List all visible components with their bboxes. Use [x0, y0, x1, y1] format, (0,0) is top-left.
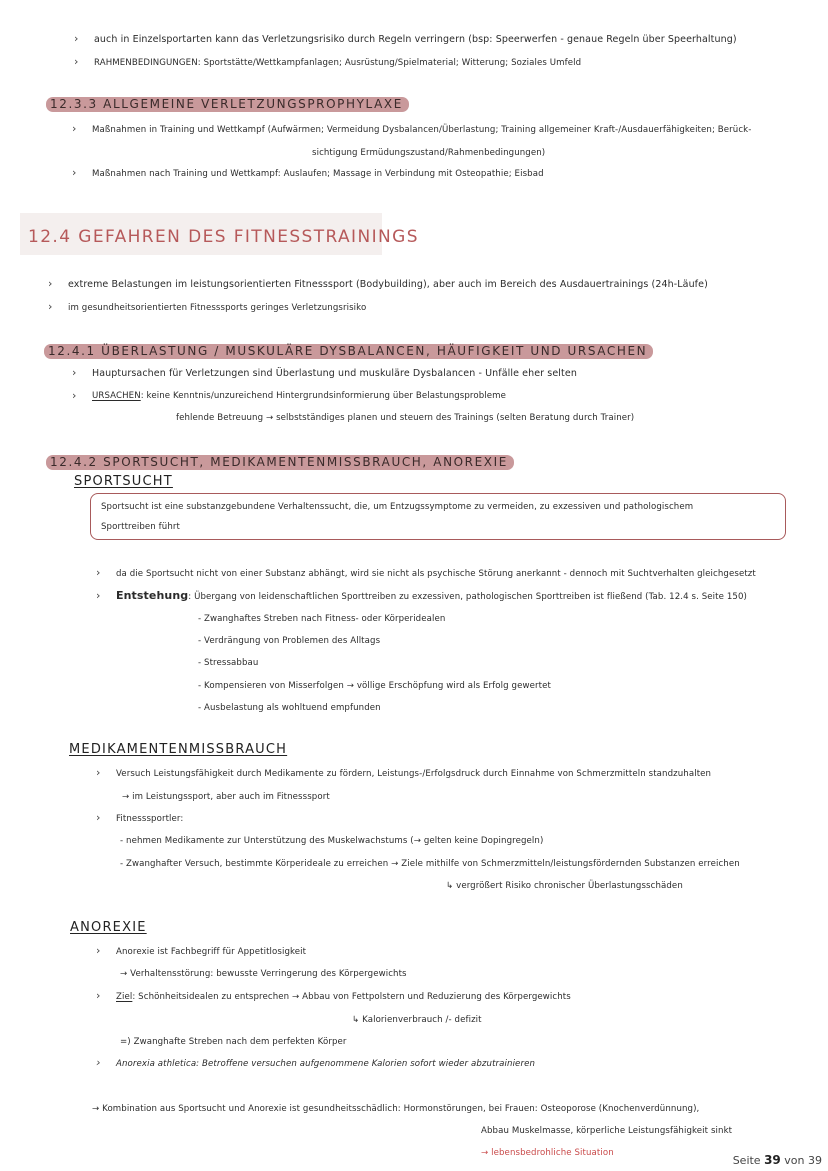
bullet-item: da die Sportsucht nicht von einer Substa… — [116, 567, 756, 581]
section-heading-12-4-2: 12.4.2 Sportsucht, Medikamentenmissbrauc… — [46, 455, 514, 470]
chapter-heading-12-4: 12.4 Gefahren des Fitnesstrainings — [28, 227, 419, 247]
current-page: 39 — [764, 1153, 781, 1167]
bullet-item: Hauptursachen für Verletzungen sind Über… — [92, 367, 577, 381]
notes-page: auch in Einzelsportarten kann das Verlet… — [0, 0, 828, 1171]
bullet-continuation: ↳ Kalorienverbrauch /- defizit — [352, 1013, 482, 1027]
cause-item: - Ausbelastung als wohltuend empfunden — [198, 701, 381, 715]
definition-text: Sportsucht ist eine substanzgebundene Ve… — [101, 500, 693, 514]
ursachen-text: : keine Kenntnis/unzureichend Hintergrun… — [141, 391, 506, 401]
bullet-subitem: - Zwanghafter Versuch, bestimmte Körperi… — [120, 857, 740, 871]
bullet-item: Versuch Leistungsfähigkeit durch Medikam… — [116, 767, 711, 781]
bullet-item: extreme Belastungen im leistungsorientie… — [68, 278, 708, 292]
subheading-anorexie: Anorexie — [70, 920, 147, 935]
section-heading-12-4-1: 12.4.1 Überlastung / muskuläre Dysbalanc… — [44, 344, 653, 359]
ziel-label: Ziel — [116, 992, 132, 1002]
bullet-item-ursachen: URSACHEN: keine Kenntnis/unzureichend Hi… — [92, 389, 506, 403]
bullet-item: Maßnahmen nach Training und Wettkampf: A… — [92, 167, 544, 181]
bullet-item: auch in Einzelsportarten kann das Verlet… — [94, 33, 737, 47]
bullet-continuation: ↳ vergrößert Risiko chronischer Überlast… — [446, 879, 683, 893]
bullet-subitem: → Verhaltensstörung: bewusste Verringeru… — [120, 967, 407, 981]
cause-item: - Stressabbau — [198, 656, 258, 670]
bullet-continuation: fehlende Betreuung → selbstständiges pla… — [176, 411, 634, 425]
entstehung-text: : Übergang von leidenschaftlichen Sportt… — [188, 592, 747, 602]
conclusion-text: → Kombination aus Sportsucht und Anorexi… — [92, 1102, 699, 1116]
bullet-continuation: sichtigung Ermüdungszustand/Rahmenbeding… — [312, 146, 545, 160]
bullet-marker: › — [72, 389, 77, 403]
bullet-item-entstehung: Entstehung: Übergang von leidenschaftlic… — [116, 589, 747, 604]
bullet-item: RAHMENBEDINGUNGEN: Sportstätte/Wettkampf… — [94, 56, 581, 70]
bullet-marker: › — [96, 589, 101, 603]
bullet-item: im gesundheitsorientierten Fitnesssports… — [68, 301, 366, 315]
page-label: Seite — [733, 1154, 761, 1167]
cause-item: - Verdrängung von Problemen des Alltags — [198, 634, 380, 648]
cause-item: - Kompensieren von Misserfolgen → völlig… — [198, 679, 551, 693]
page-separator: von — [784, 1154, 804, 1167]
bullet-subitem: - nehmen Medikamente zur Unterstützung d… — [120, 834, 543, 848]
bullet-item: Maßnahmen in Training und Wettkampf (Auf… — [92, 123, 751, 137]
bullet-item: Anorexie ist Fachbegriff für Appetitlosi… — [116, 945, 306, 959]
conclusion-warning: → lebensbedrohliche Situation — [481, 1146, 614, 1160]
definition-box: Sportsucht ist eine substanzgebundene Ve… — [90, 493, 786, 540]
ziel-text: : Schönheitsidealen zu entsprechen → Abb… — [132, 992, 570, 1002]
definition-text: Sporttreiben führt — [101, 520, 180, 534]
bullet-item-ziel: Ziel: Schönheitsidealen zu entsprechen →… — [116, 990, 571, 1004]
ursachen-label: URSACHEN — [92, 391, 141, 401]
cause-item: - Zwanghaftes Streben nach Fitness- oder… — [198, 612, 445, 626]
subheading-medikamentenmissbrauch: Medikamentenmissbrauch — [69, 742, 287, 757]
entstehung-label: Entstehung — [116, 589, 188, 602]
subheading-sportsucht: Sportsucht — [74, 474, 173, 489]
bullet-subitem: → im Leistungssport, aber auch im Fitnes… — [122, 790, 330, 804]
section-heading-12-3-3: 12.3.3 Allgemeine Verletzungsprophylaxe — [46, 97, 409, 112]
bullet-marker: › — [96, 989, 101, 1003]
bullet-item: Anorexia athletica: Betroffene versuchen… — [116, 1057, 535, 1071]
conclusion-text: Abbau Muskelmasse, körperliche Leistungs… — [481, 1124, 732, 1138]
total-pages: 39 — [808, 1154, 822, 1167]
bullet-item: Fitnesssportler: — [116, 812, 183, 826]
bullet-subitem: =) Zwanghafte Streben nach dem perfekten… — [120, 1035, 347, 1049]
page-number: Seite 39 von 39 — [733, 1153, 822, 1167]
